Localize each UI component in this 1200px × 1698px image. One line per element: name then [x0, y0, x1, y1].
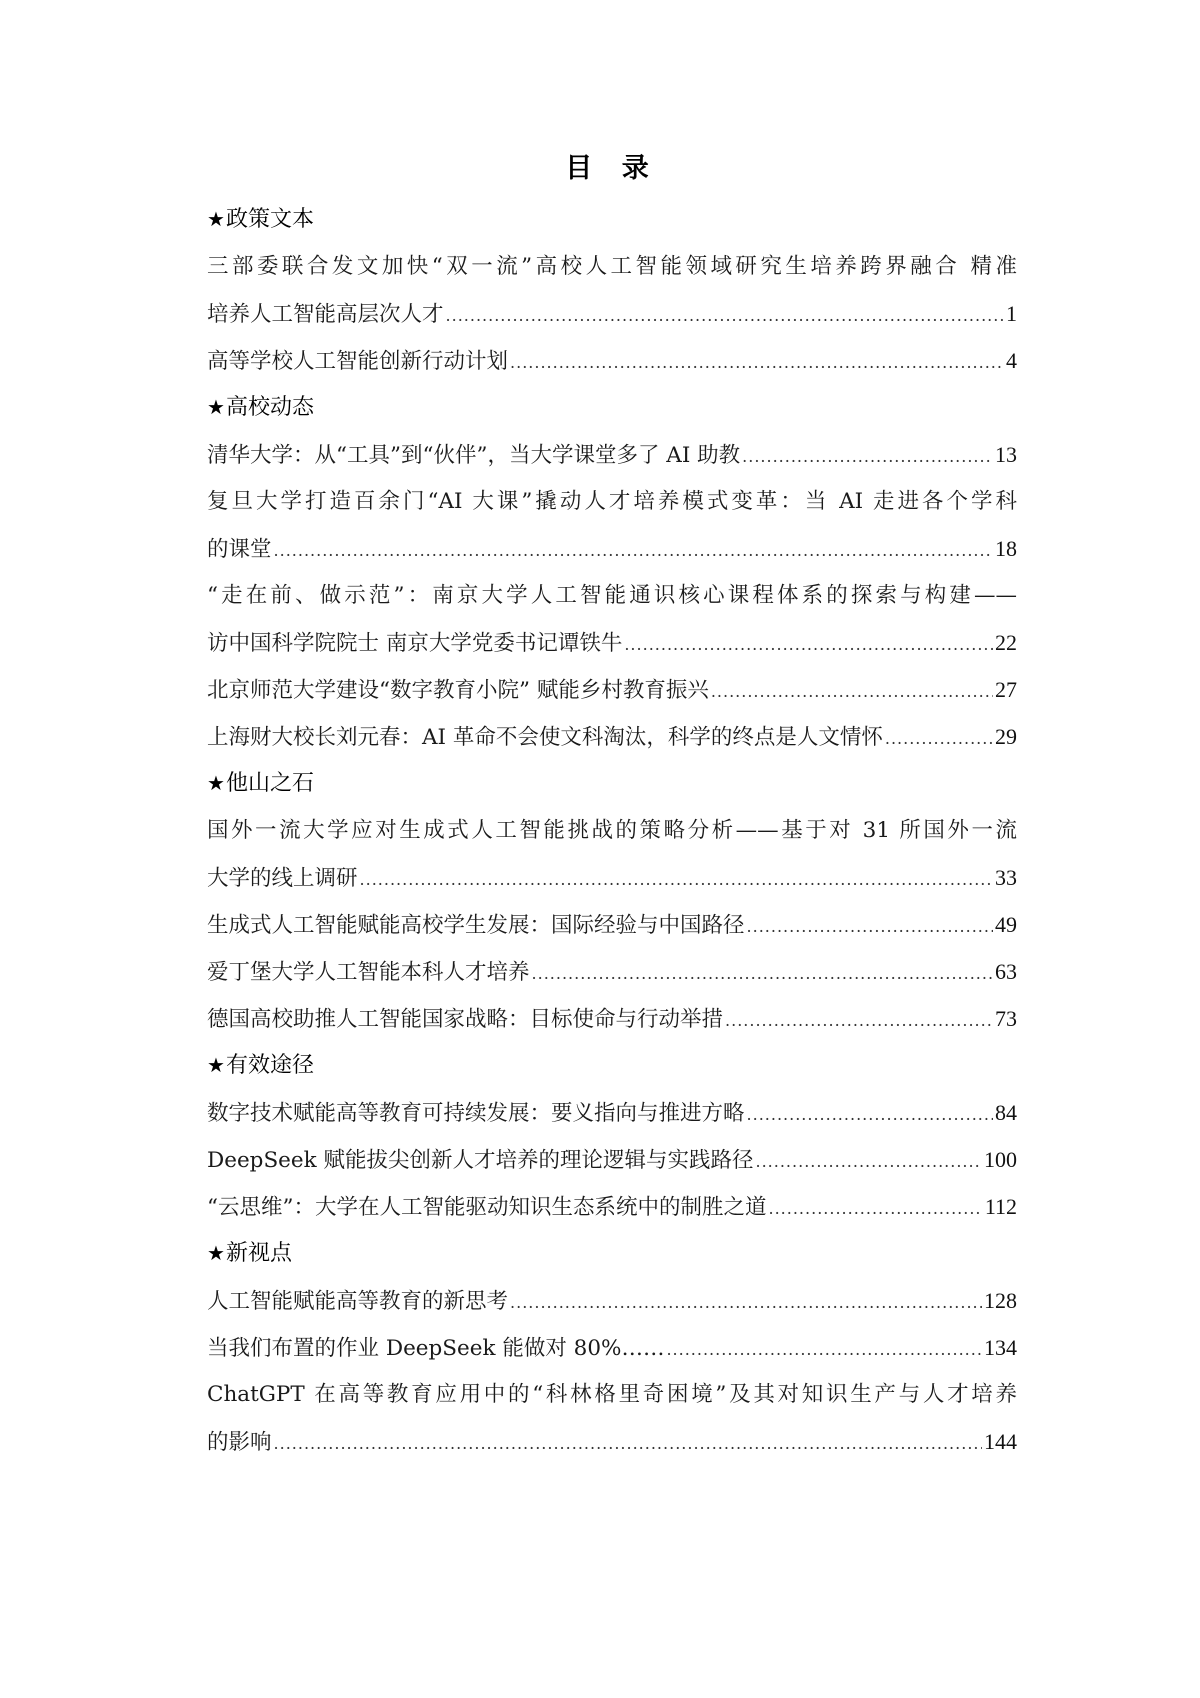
- toc-title: 目 录: [207, 146, 1017, 185]
- toc-entry[interactable]: 生成式人工智能赋能高校学生发展：国际经验与中国路径49: [207, 901, 1017, 948]
- page-number: 22: [995, 619, 1017, 666]
- dot-leader: [532, 950, 993, 997]
- section-heading-text: 有效途径: [226, 1053, 314, 1078]
- page-number: 128: [984, 1277, 1017, 1324]
- entry-title: ChatGPT 在高等教育应用中的“科林格里奇困境”及其对知识生产与人才培养: [207, 1382, 1017, 1407]
- toc-entry[interactable]: DeepSeek 赋能拔尖创新人才培养的理论逻辑与实践路径100: [207, 1136, 1017, 1183]
- toc-entry[interactable]: 德国高校助推人工智能国家战略：目标使命与行动举措73: [207, 995, 1017, 1042]
- dot-leader: [742, 433, 993, 480]
- entry-title: 人工智能赋能高等教育的新思考: [207, 1278, 508, 1325]
- dot-leader: [769, 1185, 983, 1232]
- entry-title: “走在前、做示范”：南京大学人工智能通识核心课程体系的探索与构建——: [207, 583, 1017, 608]
- dot-leader: [747, 1091, 993, 1138]
- entry-title: 的影响: [207, 1419, 272, 1466]
- entry-title: 高等学校人工智能创新行动计划: [207, 338, 508, 385]
- entry-title: 访中国科学院院士 南京大学党委书记谭铁牛: [207, 620, 622, 667]
- toc-entry[interactable]: 清华大学：从“工具”到“伙伴”，当大学课堂多了 AI 助教13: [207, 431, 1017, 478]
- toc-entry-continued[interactable]: 复旦大学打造百余门“AI 大课”撬动人才培养模式变革：当 AI 走进各个学科: [207, 478, 1017, 525]
- section-heading-text: 政策文本: [226, 207, 314, 232]
- entry-title: 爱丁堡大学人工智能本科人才培养: [207, 949, 530, 996]
- dot-leader: [446, 292, 1004, 339]
- section-heading: ★政策文本: [207, 196, 1017, 243]
- page-number: 112: [985, 1183, 1017, 1230]
- page-number: 27: [995, 666, 1017, 713]
- page-number: 84: [995, 1089, 1017, 1136]
- entry-title: 生成式人工智能赋能高校学生发展：国际经验与中国路径: [207, 902, 745, 949]
- page-number: 4: [1006, 337, 1017, 384]
- section-heading-text: 新视点: [226, 1241, 292, 1266]
- entry-title: 国外一流大学应对生成式人工智能挑战的策略分析——基于对 31 所国外一流: [207, 818, 1017, 843]
- dot-leader: [666, 1326, 982, 1373]
- toc-entry-continued[interactable]: 国外一流大学应对生成式人工智能挑战的策略分析——基于对 31 所国外一流: [207, 807, 1017, 854]
- entry-title: 三部委联合发文加快“双一流”高校人工智能领域研究生培养跨界融合 精准: [207, 254, 1017, 279]
- toc-entry[interactable]: “云思维”：大学在人工智能驱动知识生态系统中的制胜之道112: [207, 1183, 1017, 1230]
- toc-entry[interactable]: 人工智能赋能高等教育的新思考128: [207, 1277, 1017, 1324]
- toc-entry[interactable]: 数字技术赋能高等教育可持续发展：要义指向与推进方略84: [207, 1089, 1017, 1136]
- entry-title: 德国高校助推人工智能国家战略：目标使命与行动举措: [207, 996, 723, 1043]
- dot-leader: [725, 997, 993, 1044]
- dot-leader: [360, 856, 993, 903]
- toc-entry[interactable]: 高等学校人工智能创新行动计划4: [207, 337, 1017, 384]
- dot-leader: [747, 903, 993, 950]
- section-heading: ★新视点: [207, 1230, 1017, 1277]
- toc-entry[interactable]: 上海财大校长刘元春：AI 革命不会使文科淘汰，科学的终点是人文情怀29: [207, 713, 1017, 760]
- section-heading: ★他山之石: [207, 760, 1017, 807]
- entry-title: 当我们布置的作业 DeepSeek 能做对 80%……: [207, 1325, 664, 1372]
- section-heading: ★高校动态: [207, 384, 1017, 431]
- page-number: 144: [984, 1418, 1017, 1465]
- page-number: 13: [995, 431, 1017, 478]
- dot-leader: [510, 1279, 982, 1326]
- page-number: 33: [995, 854, 1017, 901]
- toc-entry[interactable]: 北京师范大学建设“数字教育小院” 赋能乡村教育振兴27: [207, 666, 1017, 713]
- dot-leader: [711, 668, 993, 715]
- page-number: 100: [984, 1136, 1017, 1183]
- toc-entry[interactable]: 爱丁堡大学人工智能本科人才培养63: [207, 948, 1017, 995]
- page-number: 49: [995, 901, 1017, 948]
- entry-title: 复旦大学打造百余门“AI 大课”撬动人才培养模式变革：当 AI 走进各个学科: [207, 489, 1017, 514]
- page-number: 29: [995, 713, 1017, 760]
- toc-entry-continued[interactable]: 三部委联合发文加快“双一流”高校人工智能领域研究生培养跨界融合 精准: [207, 243, 1017, 290]
- page-number: 63: [995, 948, 1017, 995]
- toc-entry[interactable]: 访中国科学院院士 南京大学党委书记谭铁牛22: [207, 619, 1017, 666]
- star-icon: ★: [207, 395, 225, 419]
- section-heading-text: 他山之石: [226, 771, 314, 796]
- page-number: 18: [995, 525, 1017, 572]
- dot-leader: [885, 715, 993, 762]
- toc-entry[interactable]: 的影响144: [207, 1418, 1017, 1465]
- star-icon: ★: [207, 771, 225, 795]
- entry-title: “云思维”：大学在人工智能驱动知识生态系统中的制胜之道: [207, 1184, 767, 1231]
- dot-leader: [624, 621, 993, 668]
- entry-title: 数字技术赋能高等教育可持续发展：要义指向与推进方略: [207, 1090, 745, 1137]
- star-icon: ★: [207, 1241, 225, 1265]
- dot-leader: [274, 1420, 982, 1467]
- dot-leader: [510, 339, 1004, 386]
- dot-leader: [274, 527, 993, 574]
- star-icon: ★: [207, 207, 225, 231]
- entry-title: 的课堂: [207, 526, 272, 573]
- star-icon: ★: [207, 1053, 225, 1077]
- entry-title: 大学的线上调研: [207, 855, 358, 902]
- page-number: 73: [995, 995, 1017, 1042]
- section-heading: ★有效途径: [207, 1042, 1017, 1089]
- toc-entry[interactable]: 大学的线上调研33: [207, 854, 1017, 901]
- toc-list: ★政策文本三部委联合发文加快“双一流”高校人工智能领域研究生培养跨界融合 精准培…: [207, 196, 1017, 1465]
- entry-title: 培养人工智能高层次人才: [207, 291, 444, 338]
- entry-title: 清华大学：从“工具”到“伙伴”，当大学课堂多了 AI 助教: [207, 432, 740, 479]
- toc-entry[interactable]: 当我们布置的作业 DeepSeek 能做对 80%……134: [207, 1324, 1017, 1371]
- toc-entry[interactable]: 的课堂18: [207, 525, 1017, 572]
- entry-title: 上海财大校长刘元春：AI 革命不会使文科淘汰，科学的终点是人文情怀: [207, 714, 883, 761]
- section-heading-text: 高校动态: [226, 395, 314, 420]
- entry-title: DeepSeek 赋能拔尖创新人才培养的理论逻辑与实践路径: [207, 1137, 754, 1184]
- page-number: 1: [1006, 290, 1017, 337]
- toc-entry[interactable]: 培养人工智能高层次人才1: [207, 290, 1017, 337]
- toc-entry-continued[interactable]: ChatGPT 在高等教育应用中的“科林格里奇困境”及其对知识生产与人才培养: [207, 1371, 1017, 1418]
- dot-leader: [756, 1138, 983, 1185]
- entry-title: 北京师范大学建设“数字教育小院” 赋能乡村教育振兴: [207, 667, 709, 714]
- page-number: 134: [984, 1324, 1017, 1371]
- toc-entry-continued[interactable]: “走在前、做示范”：南京大学人工智能通识核心课程体系的探索与构建——: [207, 572, 1017, 619]
